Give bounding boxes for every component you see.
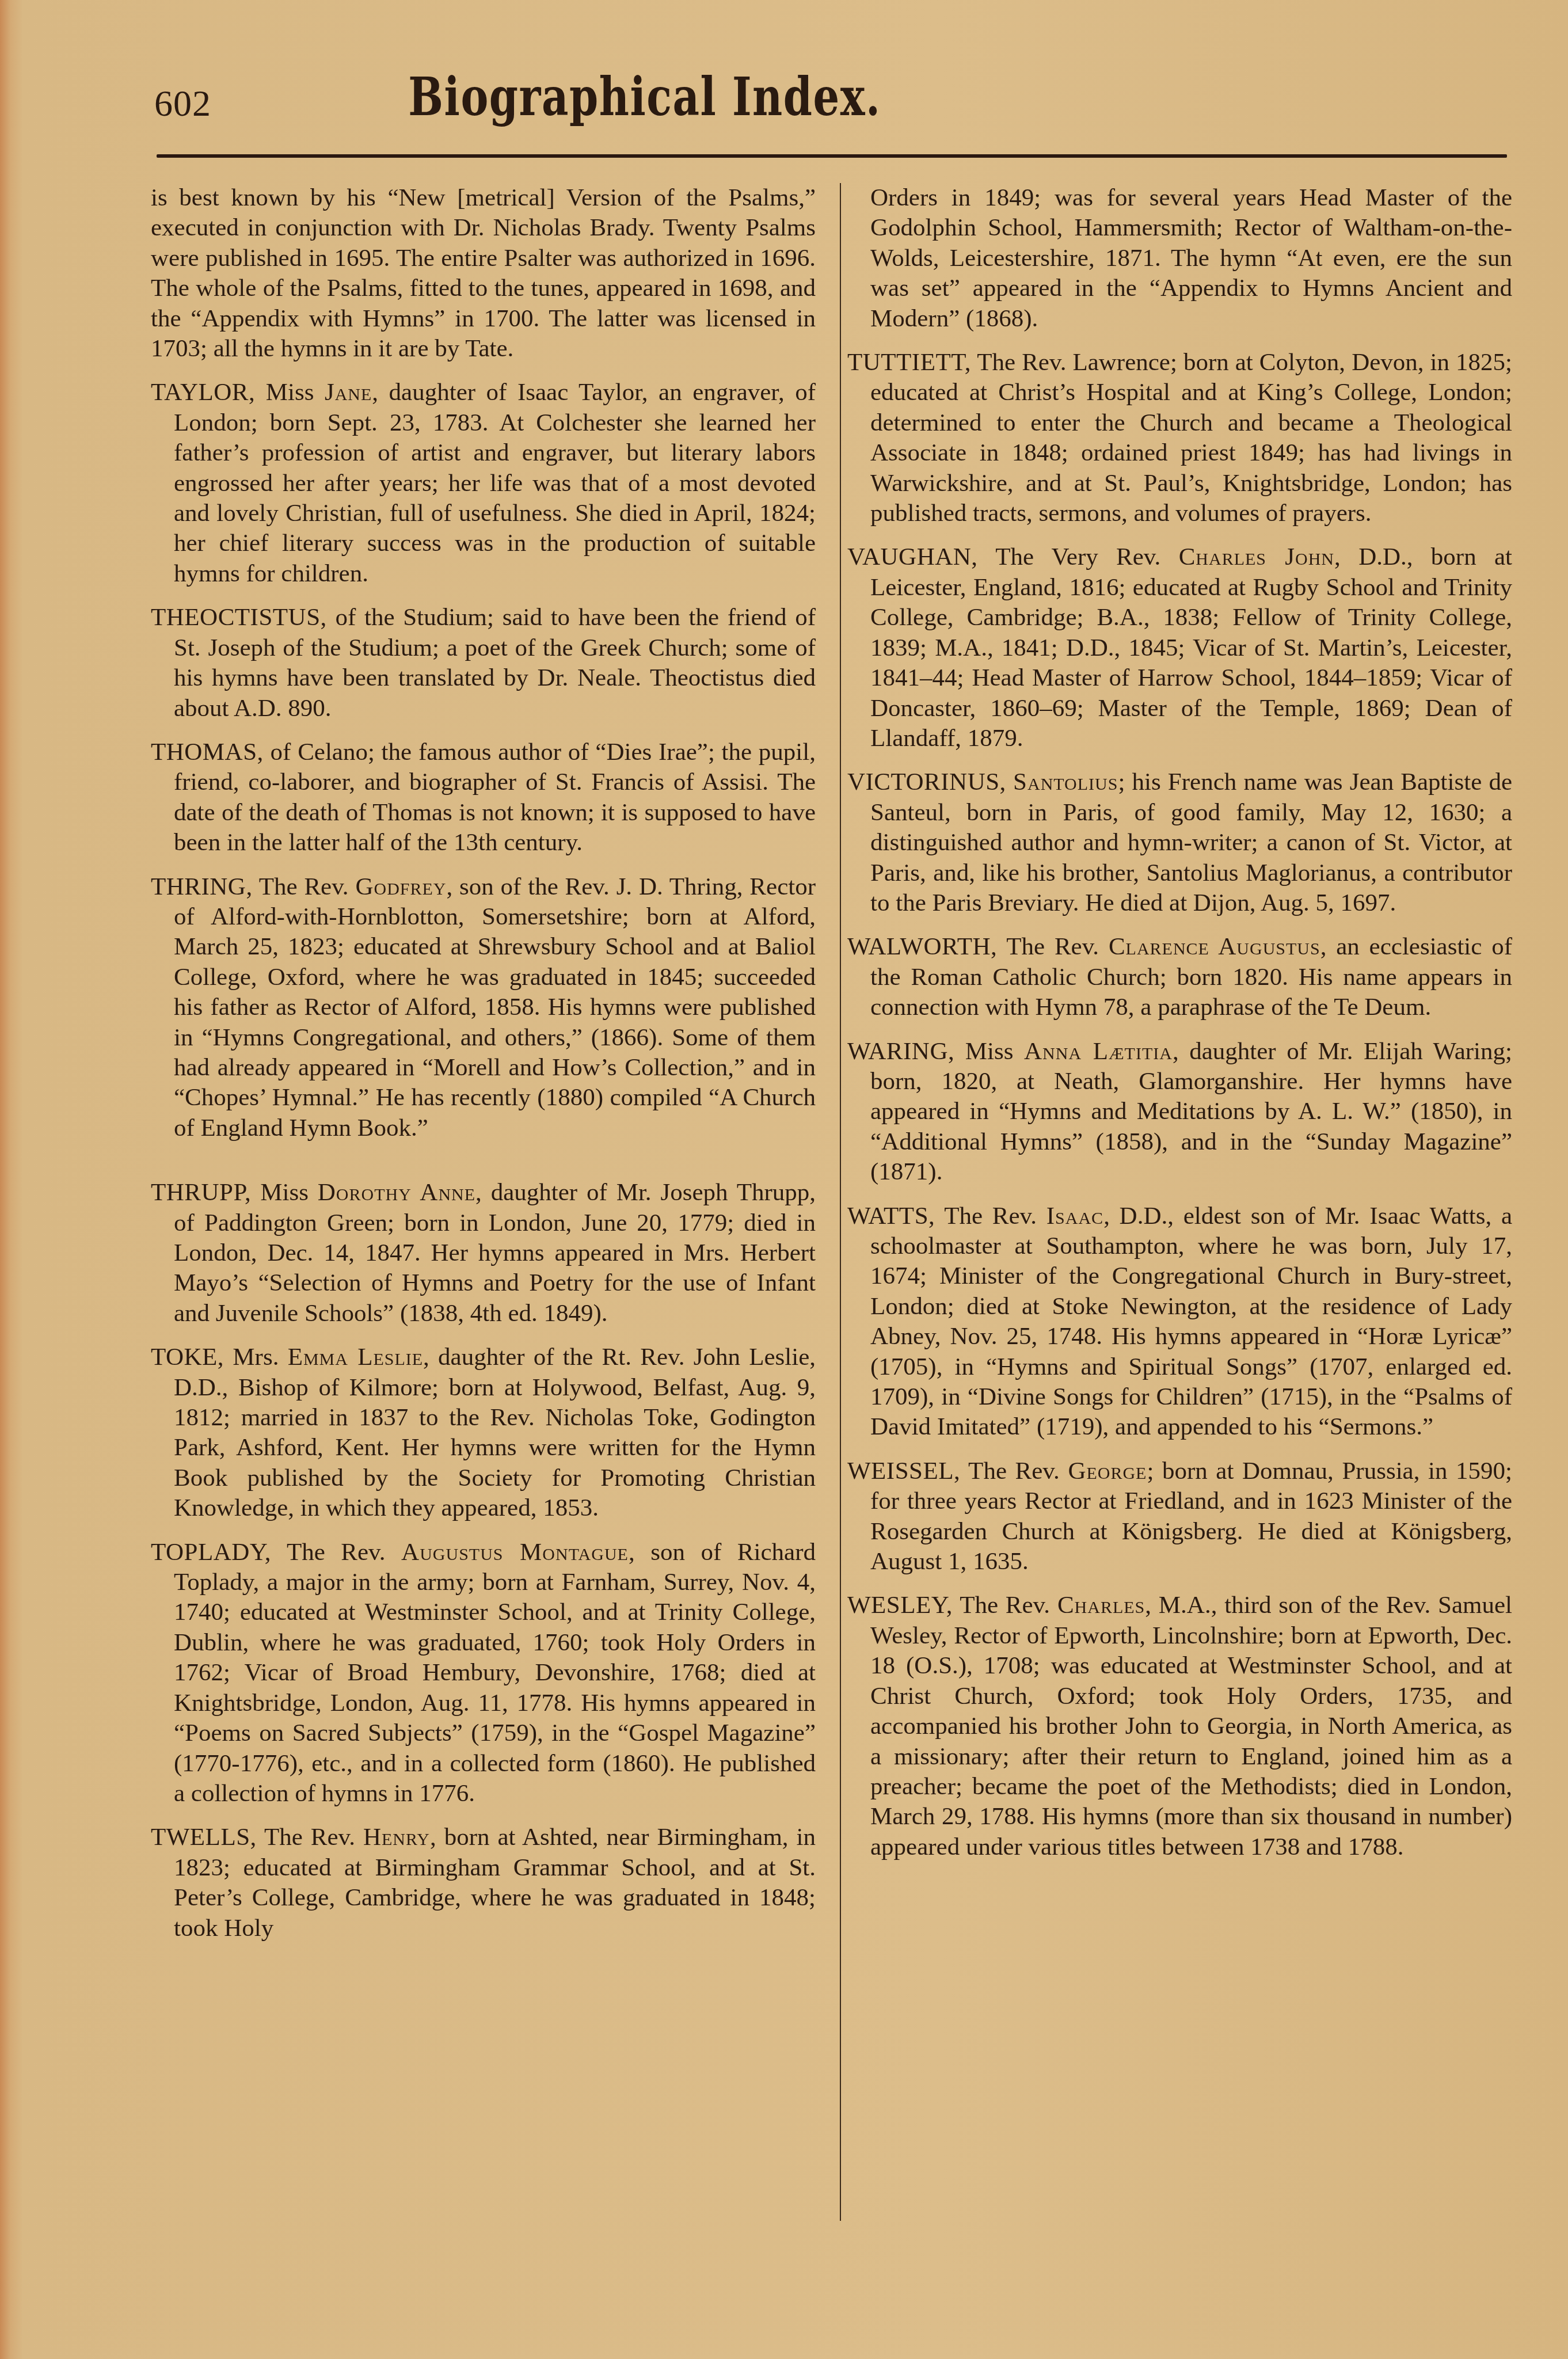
column-divider <box>840 183 841 2221</box>
entry-walworth: WALWORTH, The Rev. Clarence Augustus, an… <box>847 932 1512 1022</box>
left-column: is best known by his “New [metrical] Ver… <box>151 183 816 1957</box>
entry-prefix: Miss <box>255 379 325 406</box>
entry-prefix: The Rev. <box>935 1203 1046 1230</box>
entry-text: , D.D., eldest son of Mr. Isaac Watts, a… <box>870 1203 1512 1441</box>
entry-given-name: Clarence Augustus <box>1109 933 1320 960</box>
entry-thring: THRING, The Rev. Godfrey, son of the Rev… <box>151 872 816 1144</box>
entry-prefix: The Rev. <box>971 349 1072 376</box>
entry-prefix: The Rev. <box>253 873 356 900</box>
entry-surname: VAUGHAN, <box>847 543 978 570</box>
entry-text: , D.D., born at Leicester, England, 1816… <box>870 543 1512 751</box>
entry-thrupp: THRUPP, Miss Dorothy Anne, daughter of M… <box>151 1178 816 1329</box>
entry-taylor: TAYLOR, Miss Jane, daughter of Isaac Tay… <box>151 378 816 589</box>
entry-surname: WESLEY, <box>847 1592 953 1619</box>
entry-given-name: Henry <box>363 1824 430 1851</box>
entry-surname: TWELLS, <box>151 1824 257 1851</box>
header-rule <box>157 154 1507 158</box>
entry-watts: WATTS, The Rev. Isaac, D.D., eldest son … <box>847 1201 1512 1443</box>
entry-text: , M.A., third son of the Rev. Samuel Wes… <box>870 1592 1512 1860</box>
entry-continuation: Orders in 1849; was for several years He… <box>847 183 1512 334</box>
running-title: Biographical Index. <box>385 70 905 123</box>
entry-prefix <box>1006 768 1013 796</box>
entry-vaughan: VAUGHAN, The Very Rev. Charles John, D.D… <box>847 542 1512 754</box>
entry-twells: TWELLS, The Rev. Henry, born at Ashted, … <box>151 1822 816 1943</box>
entry-prefix: Miss <box>251 1179 317 1206</box>
entry-prefix: The Rev. <box>257 1824 363 1851</box>
entry-surname: WALWORTH, <box>847 933 997 960</box>
entry-prefix: The Rev. <box>997 933 1109 960</box>
entry-toke: TOKE, Mrs. Emma Leslie, daughter of the … <box>151 1342 816 1523</box>
entry-surname: WEISSEL, <box>847 1458 960 1485</box>
entry-given-name: Jane <box>325 379 372 406</box>
entry-tuttiett: TUTTIETT, The Rev. Lawrence; born at Col… <box>847 348 1512 528</box>
entry-surname: WARING, <box>847 1038 954 1065</box>
entry-text: of Celano; the famous author of “Dies Ir… <box>174 739 816 856</box>
entry-text: is best known by his “New [metrical] Ver… <box>151 184 816 362</box>
entry-text: , son of the Rev. J. D. Thring, Rector o… <box>174 873 816 1142</box>
entry-given-name: Augustus Montague <box>401 1539 629 1566</box>
entry-prefix: The Rev. <box>953 1592 1057 1619</box>
entry-surname: TOKE, <box>151 1344 224 1371</box>
entry-surname: TOPLADY, <box>151 1539 271 1566</box>
entry-given-name: Dorothy Anne <box>318 1179 475 1206</box>
entry-continuation: is best known by his “New [metrical] Ver… <box>151 183 816 364</box>
entry-text: Orders in 1849; was for several years He… <box>870 184 1512 332</box>
entry-prefix: Mrs. <box>224 1344 288 1371</box>
entry-given-name: Anna Lætitia <box>1024 1038 1173 1065</box>
entry-given-name: Emma Leslie <box>288 1344 423 1371</box>
entry-thomas: THOMAS, of Celano; the famous author of … <box>151 737 816 858</box>
entry-prefix: Miss <box>954 1038 1024 1065</box>
entry-prefix: The Rev. <box>960 1458 1068 1485</box>
entry-given-name: Santolius <box>1013 768 1118 796</box>
entry-surname: WATTS, <box>847 1203 935 1230</box>
entry-surname: TAYLOR, <box>151 379 255 406</box>
right-column: Orders in 1849; was for several years He… <box>847 183 1512 1876</box>
entry-text: , daughter of Isaac Taylor, an engraver,… <box>174 379 816 587</box>
entry-given-name: Godfrey <box>355 873 446 900</box>
entry-surname: VICTORINUS, <box>847 768 1006 796</box>
entry-prefix: The Rev. <box>271 1539 401 1566</box>
entry-surname: THRING, <box>151 873 253 900</box>
entry-victorinus: VICTORINUS, Santolius; his French name w… <box>847 767 1512 918</box>
entry-wesley: WESLEY, The Rev. Charles, M.A., third so… <box>847 1591 1512 1862</box>
entry-surname: THEOCTISTUS, <box>151 604 327 631</box>
entry-given-name: Charles <box>1057 1592 1145 1619</box>
entry-surname: TUTTIETT, <box>847 349 971 376</box>
entry-surname: THRUPP, <box>151 1179 251 1206</box>
entry-surname: THOMAS, <box>151 739 264 766</box>
entry-weissel: WEISSEL, The Rev. George; born at Domnau… <box>847 1456 1512 1577</box>
entry-theoctistus: THEOCTISTUS, of the Studium; said to hav… <box>151 603 816 724</box>
entry-given-name: Charles John <box>1179 543 1334 570</box>
entry-toplady: TOPLADY, The Rev. Augustus Montague, son… <box>151 1538 816 1809</box>
entry-text: , son of Richard Toplady, a major in the… <box>174 1539 816 1807</box>
entry-prefix: The Very Rev. <box>978 543 1179 570</box>
entry-waring: WARING, Miss Anna Lætitia, daughter of M… <box>847 1037 1512 1188</box>
entry-given-name: George <box>1068 1458 1147 1485</box>
entry-given-name: Isaac <box>1046 1203 1103 1230</box>
page-number: 602 <box>154 85 211 122</box>
